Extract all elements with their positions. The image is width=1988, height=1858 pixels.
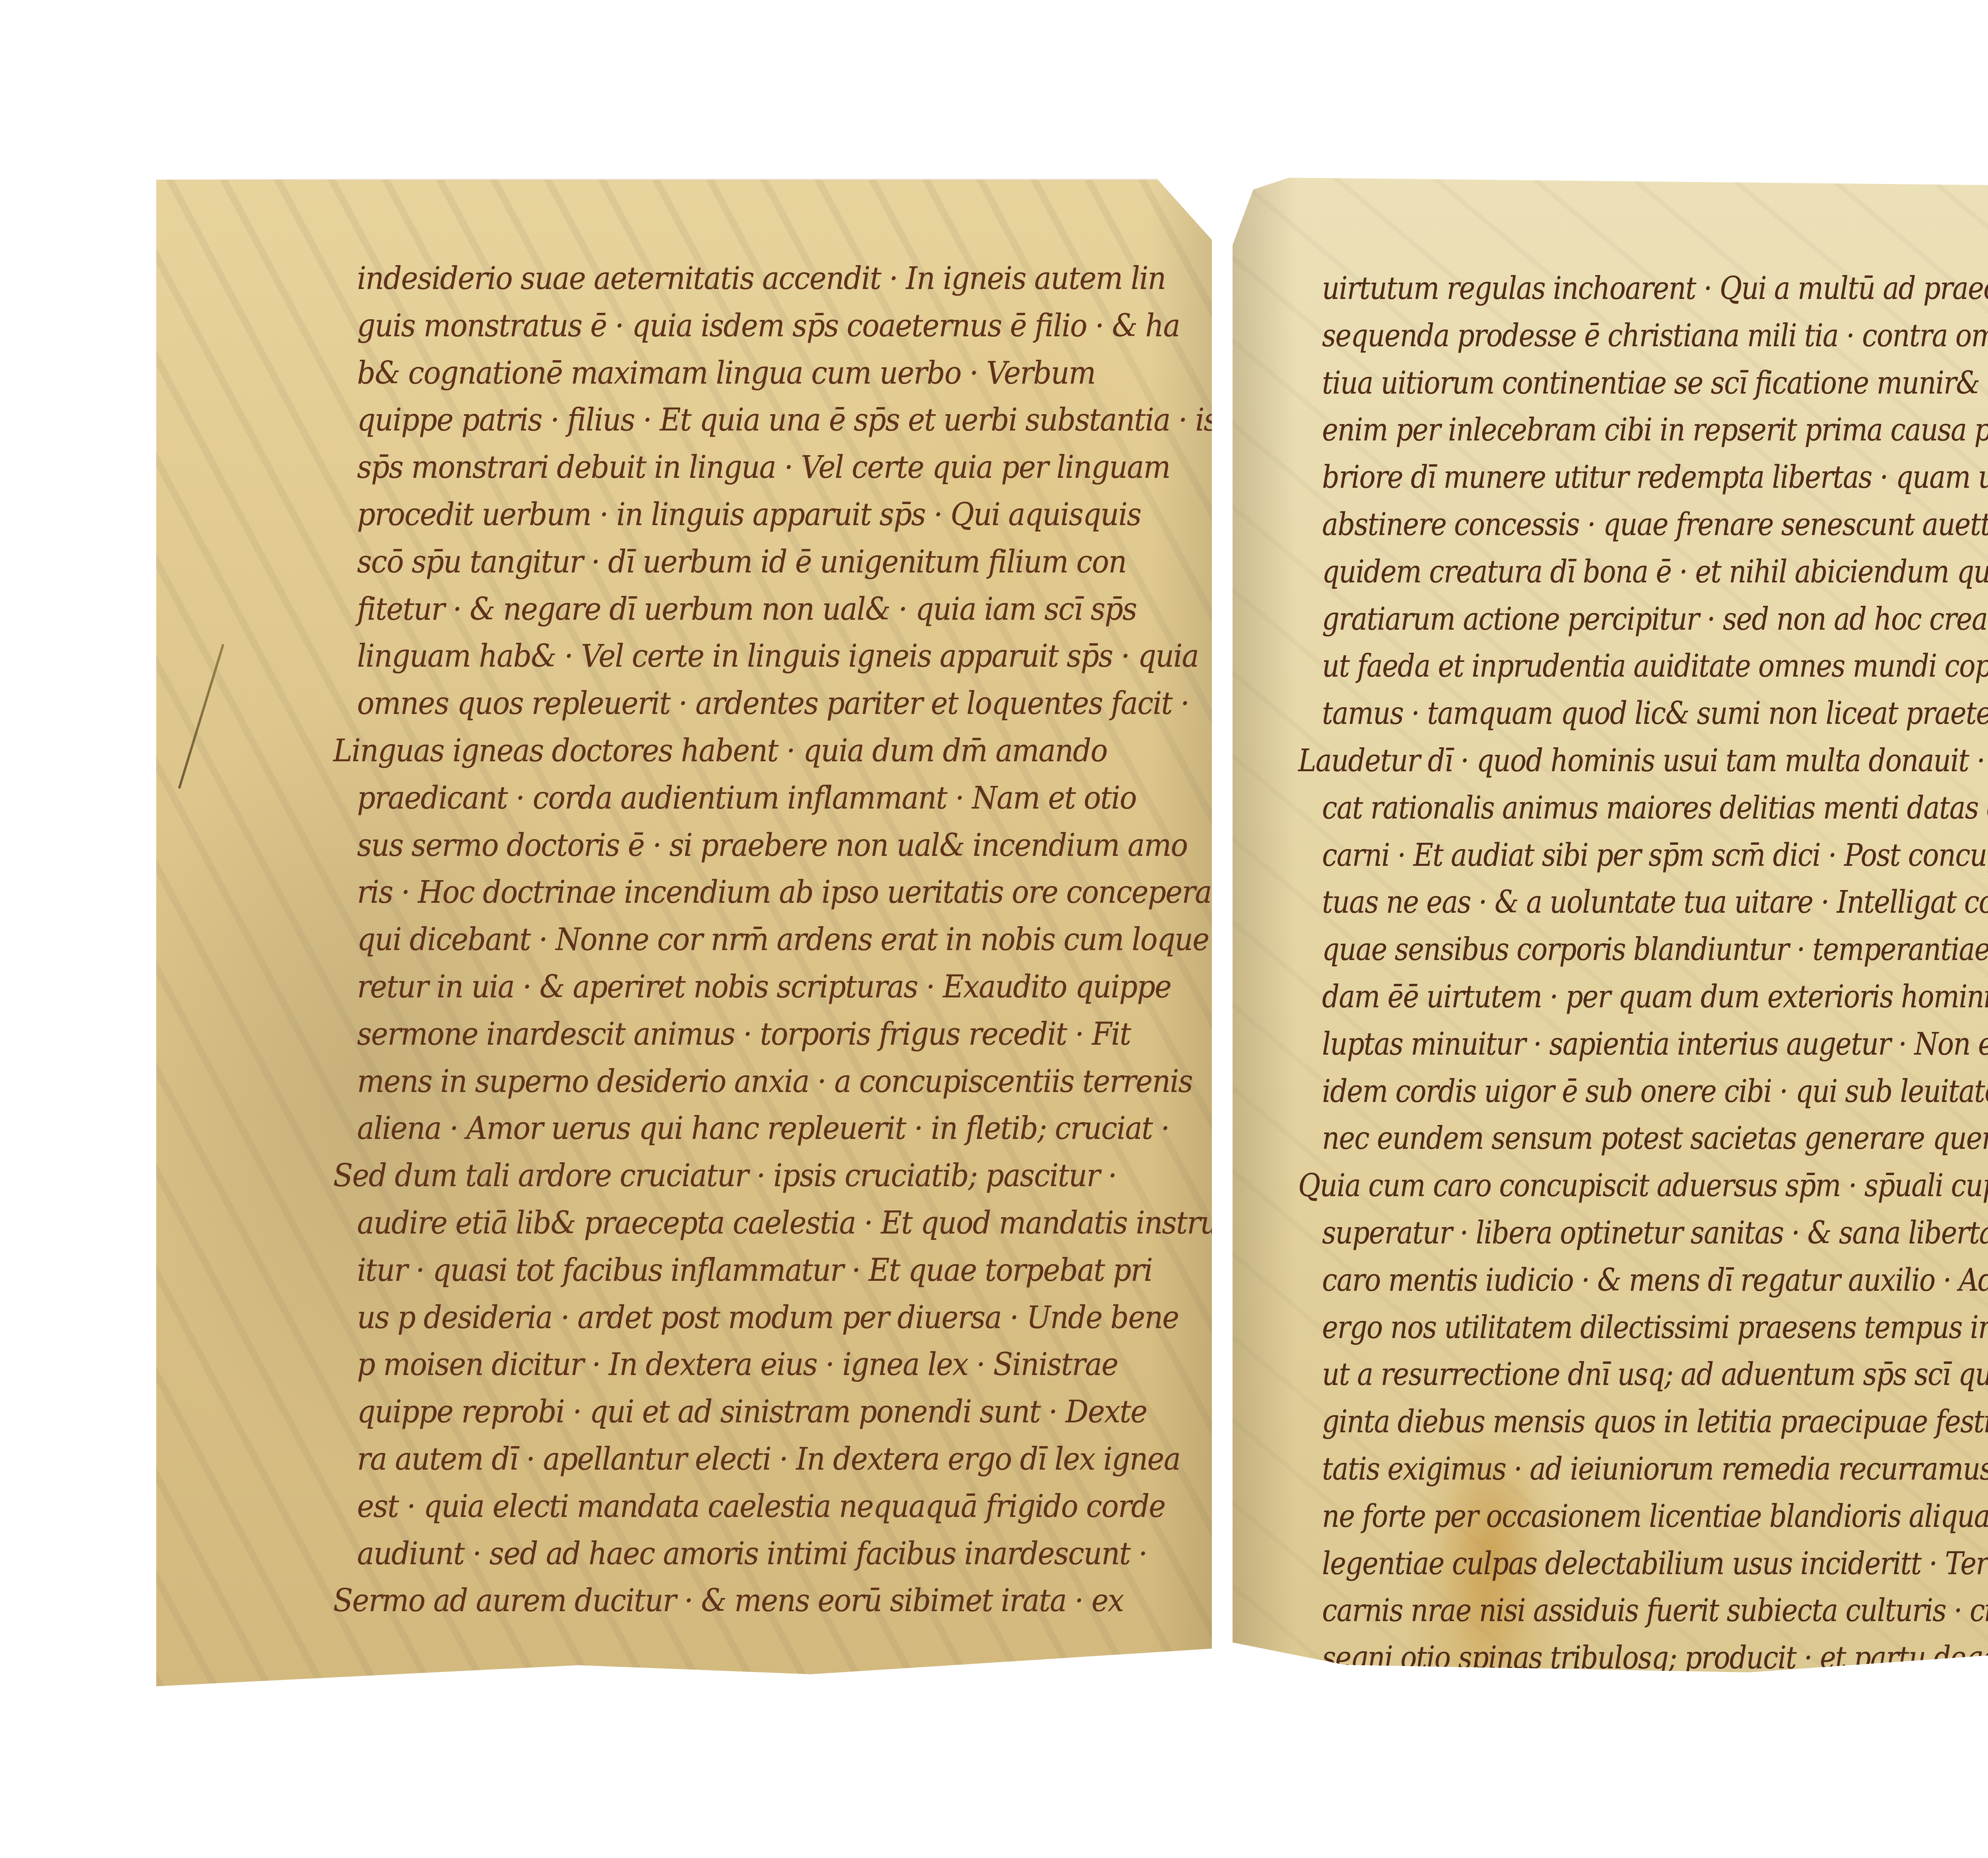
text-line: quippe reprobi · qui et ad sinistram pon… [357,1389,1119,1436]
text-line: sus sermo doctoris ē · si praebere non u… [357,822,1119,869]
text-line: cat rationalis animus maiores delitias m… [1322,785,1988,832]
text-line: ginta diebus mensis quos in letitia prae… [1322,1398,1988,1446]
text-line: guis monstratus ē · quia isdem sp̄s coae… [357,303,1119,350]
text-line: sermone inardescit animus · torporis fri… [357,1011,1119,1058]
text-line: carni · Et audiat sibi per sp̄m scm̄ dic… [1322,832,1988,879]
text-line-initial: Sed dum tali ardore cruciatur · ipsis cr… [333,1152,1117,1200]
text-line: tuas ne eas · & a uoluntate tua uitare ·… [1322,879,1988,926]
text-line: p moisen dicitur · In dextera eius · ign… [357,1341,1119,1389]
text-line: fitetur · & negare dī uerbum non ual& · … [357,586,1119,633]
text-line: ris · Hoc doctrinae incendium ab ipso ue… [357,869,1119,916]
text-line: ergo nos utilitatem dilectissimi praesen… [1322,1304,1988,1352]
text-line: indesiderio suae aeternitatis accendit ·… [357,255,1119,303]
text-line: sequenda prodesse ē christiana mili tia … [1322,312,1988,360]
text-line: sp̄s monstrari debuit in lingua · Vel ce… [357,444,1119,491]
text-line-initial: Laudetur dī · quod hominis usui tam mult… [1298,737,1988,785]
text-line: scō sp̄u tangitur · dī uerbum id ē unige… [357,539,1119,586]
text-line: audire etiā lib& praecepta caelestia · E… [357,1200,1119,1247]
text-line: quae sensibus corporis blandiuntur · tem… [1322,926,1988,974]
text-line: quidem creatura dī bona ē · et nihil abi… [1322,549,1988,596]
text-line: luptas minuitur · sapientia interius aug… [1322,1021,1988,1068]
text-line: tamus · tamquam quod lic& sumi non licea… [1322,690,1988,737]
text-line: ne forte per occasionem licentiae blandi… [1322,1493,1988,1540]
text-line: mens in superno desiderio anxia · a conc… [357,1058,1119,1105]
text-line: itur · quasi tot facibus inflammatur · E… [357,1247,1119,1294]
text-line: praedicant · corda audientium inflammant… [357,775,1119,822]
text-line: us p desideria · ardet post modum per di… [357,1294,1119,1342]
text-line: caro mentis iudicio · & mens dī regatur … [1322,1257,1988,1304]
right-text-column: uirtutum regulas inchoarent · Qui a mult… [1322,265,1988,1672]
text-line: linguam hab& · Vel certe in linguis igne… [357,633,1119,680]
left-text-column: indesiderio suae aeternitatis accendit ·… [357,255,1176,1625]
text-line: retur in uia · & aperiret nobis scriptur… [357,964,1119,1011]
gutter-shadow [1233,178,1296,1672]
text-line: legentiae culpas delectabilium usus inci… [1322,1540,1988,1588]
text-line-initial: Sermo ad aurem ducitur · & mens eorū sib… [333,1577,1117,1625]
text-line: est · quia electi mandata caelestia nequ… [357,1483,1119,1530]
text-line-initial: Quia cum caro concupiscit aduersus sp̄m … [1298,1162,1988,1210]
text-line: procedit uerbum · in linguis apparuit sp… [357,491,1119,539]
margin-stroke-mark [178,644,225,789]
text-line: audiunt · sed ad haec amoris intimi faci… [357,1530,1119,1578]
text-line: enim per inlecebram cibi in repserit pri… [1322,407,1988,454]
text-line: b& cognationē maximam lingua cum uerbo ·… [357,350,1119,397]
right-folio: ms 587 ✓ ❦ ym 9907 uirtutum regulas inch… [1233,178,1988,1672]
text-line: ut faeda et inprudentia auiditate omnes … [1322,643,1988,690]
text-line: gratiarum actione percipitur · sed non a… [1322,596,1988,643]
text-line: superatur · libera optinetur sanitas · &… [1322,1210,1988,1257]
text-line: briore dī munere utitur redempta liberta… [1322,454,1988,501]
text-line-initial: Linguas igneas doctores habent · quia du… [333,727,1117,775]
text-line: nec eundem sensum potest sacietas genera… [1322,1115,1988,1162]
text-line: abstinere concessis · quae frenare senes… [1322,501,1988,549]
text-line: quippe patris · filius · Et quia una ē s… [357,397,1119,444]
text-line: ra autem dī · apellantur electi · In dex… [357,1436,1119,1483]
left-folio: indesiderio suae aeternitatis accendit ·… [156,180,1212,1686]
text-line: ut a resurrectione dnī usq; ad aduentum … [1322,1351,1988,1398]
text-line: aliena · Amor uerus qui hanc repleuerit … [357,1105,1119,1152]
text-line: tatis exigimus · ad ieiuniorum remedia r… [1322,1446,1988,1493]
text-line: uirtutum regulas inchoarent · Qui a mult… [1322,265,1988,312]
text-line: dam ēē uirtutem · per quam dum exteriori… [1322,974,1988,1021]
text-line: carnis nrae nisi assiduis fuerit subiect… [1322,1587,1988,1635]
text-line: tiua uitiorum continentiae se scī ficati… [1322,360,1988,407]
text-line: omnes quos repleuerit · ardentes pariter… [357,680,1119,727]
text-line: qui dicebant · Nonne cor nrm̄ ardens era… [357,916,1119,964]
manuscript-viewer: indesiderio suae aeternitatis accendit ·… [0,0,1988,1858]
text-line: segni otio spinas tribulosq; producit · … [1322,1635,1988,1672]
text-line: idem cordis uigor ē sub onere cibi · qui… [1322,1068,1988,1115]
